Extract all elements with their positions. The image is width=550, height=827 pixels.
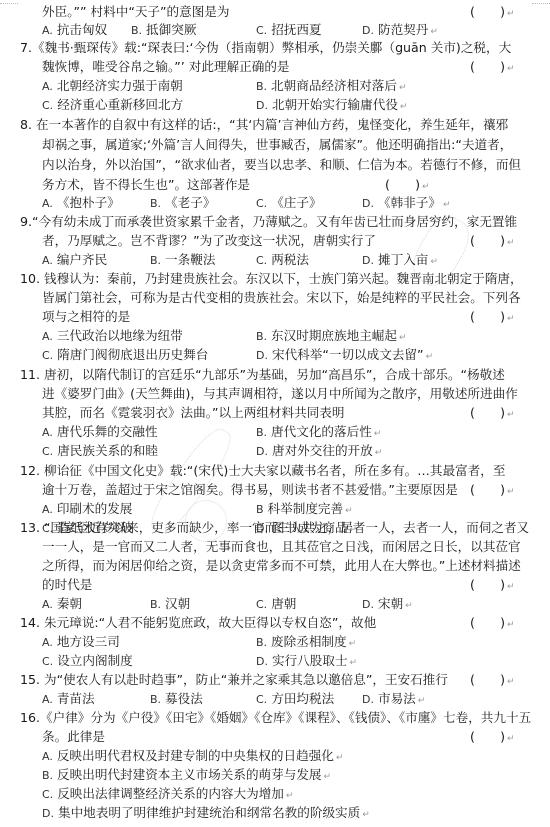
option-label: D. bbox=[362, 197, 374, 210]
option-label: D. bbox=[256, 99, 268, 112]
paragraph-mark-icon: ↵ bbox=[350, 525, 358, 535]
option-text: 市易法 bbox=[378, 691, 416, 706]
option-q14-c[interactable]: C.设立内阁制度 bbox=[42, 653, 133, 670]
option-label: B bbox=[256, 503, 264, 516]
paragraph-mark-icon: ↵ bbox=[507, 64, 515, 74]
option-text: 图书成为商品 bbox=[272, 520, 348, 535]
option-q15-d[interactable]: D.市易法↵ bbox=[362, 691, 425, 709]
question-line-q12-1: 12. 柳诒征《中国文化史》载:“(宋代)士大夫家以藏书名者，所在多有。…其最富… bbox=[20, 463, 505, 481]
question-line-q13-3: 之所得，而为闲居仰给之资，是以贪吏常多而不可禁，此用人在大弊也。”上述材料描述 bbox=[42, 558, 521, 576]
question-text: 其腔，而名《霓裳羽衣》法曲。”以上两组材料共同表明 bbox=[42, 405, 344, 420]
option-q6-d[interactable]: D.防范契丹↵ bbox=[362, 22, 438, 40]
option-q13-b[interactable]: B.汉朝 bbox=[150, 596, 190, 613]
option-text: 东汉时期庶族地主崛起 bbox=[271, 328, 397, 343]
option-label: C. bbox=[42, 349, 53, 362]
paragraph-mark-icon: ↵ bbox=[507, 487, 515, 497]
question-text: 一一人，是一官而又二人者，无事而食也，且其莅官之日浅，而闲居之日长，以其莅官 bbox=[42, 539, 521, 554]
option-text: 两税法 bbox=[271, 252, 309, 267]
option-label: C. bbox=[256, 598, 267, 611]
option-q9-d[interactable]: D.摊丁入亩↵ bbox=[362, 252, 438, 270]
option-q6-c[interactable]: C.招抚西夏 bbox=[256, 22, 322, 39]
option-q7-c[interactable]: C.经济重心重新移回北方 bbox=[42, 97, 183, 114]
option-q13-d[interactable]: D.宋朝↵ bbox=[362, 596, 413, 614]
question-text: 之所得，而为闲居仰给之资，是以贪吏常多而不可禁，此用人在大弊也。”上述材料描述 bbox=[42, 558, 521, 573]
option-text: 唐代乐舞的交融性 bbox=[57, 424, 158, 439]
option-label: A. bbox=[42, 197, 53, 210]
option-text: 方田均税法 bbox=[271, 691, 334, 706]
question-line-q11-1: 11. 唐初，以隋代制订的宫廷乐“九部乐”为基础，另加“高昌乐”，合成十部乐。“… bbox=[20, 367, 505, 385]
option-label: A. bbox=[42, 503, 53, 516]
question-text: 12. 柳诒征《中国文化史》载:“(宋代)士大夫家以藏书名者，所在多有。…其最富… bbox=[20, 463, 505, 478]
option-q11-a[interactable]: A.唐代乐舞的交融性 bbox=[42, 424, 158, 441]
option-text: 反映出明代封建资本主义市场关系的萌芽与发展 bbox=[57, 767, 321, 782]
question-text: 者，乃厚赋之。岂不背谬？”为了改变这一状况，唐朝实行了 bbox=[42, 233, 376, 248]
paragraph-mark-icon: ↵ bbox=[507, 734, 515, 744]
option-label: A. bbox=[42, 750, 53, 763]
option-q8-b[interactable]: B.《老子》 bbox=[150, 195, 215, 212]
option-q11-d[interactable]: D.唐对外交往的开放↵ bbox=[256, 443, 382, 461]
answer-blank[interactable]: ( )↵ bbox=[470, 615, 515, 633]
question-line-q11-3: 其腔，而名《霓裳羽衣》法曲。”以上两组材料共同表明 bbox=[42, 405, 344, 423]
option-q16-c[interactable]: C.反映出法律调整经济关系的内容大为增加↵ bbox=[42, 786, 293, 804]
answer-blank[interactable]: ( )↵ bbox=[470, 405, 515, 423]
paragraph-mark-icon: ↵ bbox=[400, 102, 408, 112]
paragraph-mark-icon: ↵ bbox=[286, 791, 294, 801]
option-q16-b[interactable]: B.反映出明代封建资本主义市场关系的萌芽与发展↵ bbox=[42, 767, 331, 785]
option-label: B. bbox=[150, 693, 161, 706]
option-text: 《庄子》 bbox=[271, 195, 321, 210]
option-text: 北朝商品经济相对落后 bbox=[271, 78, 397, 93]
page-corner-mark-right bbox=[532, 0, 550, 4]
option-text: 废除丞相制度 bbox=[271, 634, 347, 649]
option-label: D. bbox=[362, 24, 374, 37]
paragraph-mark-icon: ↵ bbox=[507, 410, 515, 420]
question-text: 7.《魏书·甄琛传》载:“琛表曰:‘今伪（指南朝）弊相承，仍崇关鄽（guān 关… bbox=[20, 40, 511, 55]
paragraph-mark-icon: ↵ bbox=[430, 257, 438, 267]
option-text: 募役法 bbox=[165, 691, 203, 706]
option-label: B. bbox=[150, 197, 161, 210]
option-text: 招抚西夏 bbox=[271, 22, 321, 37]
question-text: 进《婆罗门曲》(天竺舞曲)，与其声调相符，遂以月中所闻为之散序，用敬述所进曲作 bbox=[42, 386, 518, 401]
question-line-q16-2: 条。此律是 bbox=[42, 729, 105, 747]
option-q12-c[interactable]: C.造纸术有突破 bbox=[42, 520, 133, 537]
option-text: 摊丁入亩 bbox=[378, 252, 428, 267]
option-text: 唐朝 bbox=[271, 596, 296, 611]
option-text: 防范契丹 bbox=[378, 22, 428, 37]
option-label: C. bbox=[42, 99, 53, 112]
option-label: D. bbox=[256, 522, 268, 535]
option-label: C. bbox=[256, 197, 267, 210]
option-q6-b[interactable]: B.抵御突厥 bbox=[131, 22, 196, 39]
option-label: D. bbox=[362, 693, 374, 706]
option-label: A. bbox=[42, 636, 53, 649]
option-text: 地方设三司 bbox=[57, 634, 120, 649]
paragraph-mark-icon: ↵ bbox=[324, 772, 332, 782]
question-text: 项与之相符的是 bbox=[42, 309, 130, 324]
option-text: 经济重心重新移回北方 bbox=[57, 97, 183, 112]
option-q14-a[interactable]: A.地方设三司 bbox=[42, 634, 120, 651]
question-text: 的时代是 bbox=[42, 577, 92, 592]
option-label: A. bbox=[42, 24, 53, 37]
option-q7-d[interactable]: D.北朝开始实行输庸代役↵ bbox=[256, 97, 407, 115]
question-text: 逾十万卷，盖超过于宋之馆阁矣。得书易，则读书者不甚爱惜。”主要原因是 bbox=[42, 482, 458, 497]
question-line-q6-tail: 外臣。”” 村料中“天子”的意图是为 bbox=[42, 4, 230, 22]
option-text: 实行八股取士 bbox=[272, 653, 348, 668]
question-line-q9-1: 9.“今有幼未成丁而承袭世资家累千金者，乃薄赋之。又有年齿已壮而身居穷约，家无置… bbox=[20, 214, 517, 232]
question-text: 14. 朱元璋说:“人君不能躬览庶政，故大臣得以专权自恣”，故他 bbox=[20, 615, 376, 630]
question-line-q16-1: 16.《户律》分为《户役》《田宅》《婚姻》《仓库》《课程》、《钱债》、《市廛》七… bbox=[20, 710, 531, 728]
question-text: 内以治身，外以治国”，“欲求仙者，要当以忠孝、和顺、仁信为本。若德行不修，而但 bbox=[42, 157, 521, 172]
option-q16-d[interactable]: D.集中地表明了明律维护封建统治和纲常名教的阶级实质↵ bbox=[42, 805, 370, 823]
option-q6-a[interactable]: A.抗击匈奴 bbox=[42, 22, 107, 39]
option-text: 《老子》 bbox=[165, 195, 215, 210]
option-text: 造纸术有突破 bbox=[57, 520, 133, 535]
paragraph-mark-icon: ↵ bbox=[399, 83, 407, 93]
option-text: 抗击匈奴 bbox=[57, 22, 107, 37]
option-label: B. bbox=[150, 254, 161, 267]
option-text: 宋朝 bbox=[378, 596, 403, 611]
option-text: 抵御突厥 bbox=[146, 22, 196, 37]
option-q10-d[interactable]: D.宋代科举“一切以成文去留”↵ bbox=[256, 347, 433, 365]
question-line-q10-1: 10. 钱穆认为：秦前，乃封建贵族社会。东汉以下，士族门第兴起。魏晋南北朝定于隋… bbox=[20, 271, 523, 289]
question-line-q10-2: 皆属门第社会，可称为是古代变相的贵族社会。宋以下，始是纯粹的平民社会。下列各 bbox=[42, 290, 521, 308]
question-line-q11-2: 进《婆罗门曲》(天竺舞曲)，与其声调相符，遂以月中所闻为之散序，用敬述所进曲作 bbox=[42, 386, 518, 404]
option-q9-b[interactable]: B.一条鞭法 bbox=[150, 252, 215, 269]
paragraph-mark-icon: ↵ bbox=[507, 314, 515, 324]
option-label: C. bbox=[42, 788, 53, 801]
question-line-q9-2: 者，乃厚赋之。岂不背谬？”为了改变这一状况，唐朝实行了 bbox=[42, 233, 376, 251]
question-text: 魏恢博，唯受谷帛之输。”’ 对此理解正确的是 bbox=[42, 59, 290, 74]
question-text: 外臣。”” 村料中“天子”的意图是为 bbox=[42, 4, 230, 19]
paragraph-mark-icon: ↵ bbox=[430, 27, 438, 37]
paragraph-mark-icon: ↵ bbox=[422, 182, 430, 192]
paragraph-mark-icon: ↵ bbox=[399, 333, 407, 343]
answer-blank[interactable]: ( )↵ bbox=[470, 482, 515, 500]
paragraph-mark-icon: ↵ bbox=[507, 238, 515, 248]
paragraph-mark-icon: ↵ bbox=[350, 658, 358, 668]
option-q13-c[interactable]: C.唐朝 bbox=[256, 596, 296, 613]
paragraph-mark-icon: ↵ bbox=[349, 639, 357, 649]
option-label: A. bbox=[42, 598, 53, 611]
question-line-q15-1: 15. 为“使农人有以赴时趋事”，防止“兼并之家乘其急以邀倍息”，王安石推行 bbox=[20, 672, 448, 690]
paragraph-mark-icon: ↵ bbox=[345, 506, 353, 516]
option-q9-c[interactable]: C.两税法 bbox=[256, 252, 309, 269]
option-label: B. bbox=[256, 636, 267, 649]
paragraph-mark-icon: ↵ bbox=[362, 810, 370, 820]
option-q7-a[interactable]: A.北朝经济实力强于南朝 bbox=[42, 78, 183, 95]
paragraph-mark-icon: ↵ bbox=[418, 696, 426, 706]
question-line-q14-1: 14. 朱元璋说:“人君不能躬览庶政，故大臣得以专权自恣”，故他 bbox=[20, 615, 376, 633]
option-q15-b[interactable]: B.募役法 bbox=[150, 691, 203, 708]
option-text: 汉朝 bbox=[165, 596, 190, 611]
option-label: A. bbox=[42, 80, 53, 93]
option-q14-b[interactable]: B.废除丞相制度↵ bbox=[256, 634, 356, 652]
option-text: 《抱朴子》 bbox=[57, 195, 120, 210]
question-line-q10-3: 项与之相符的是 bbox=[42, 309, 130, 327]
option-text: 青苗法 bbox=[57, 691, 95, 706]
question-text: 8. 在一本著作的自叙中有这样的话:，“其‘内篇’言神仙方药，鬼怪变化，养生延年… bbox=[20, 117, 508, 132]
option-q16-a[interactable]: A.反映出明代君权及封建专制的中央集权的日趋强化↵ bbox=[42, 748, 343, 766]
option-text: 隋唐门阀彻底退出历史舞台 bbox=[57, 347, 208, 362]
option-q10-a[interactable]: A.三代政治以地缘为纽带 bbox=[42, 328, 183, 345]
option-text: 科举制度完善 bbox=[268, 501, 344, 516]
paragraph-mark-icon: ↵ bbox=[507, 9, 515, 19]
question-text: 10. 钱穆认为：秦前，乃封建贵族社会。东汉以下，士族门第兴起。魏晋南北朝定于隋… bbox=[20, 271, 523, 286]
option-q8-d[interactable]: D.《韩非子》↵ bbox=[362, 195, 450, 213]
answer-blank[interactable]: ( )↵ bbox=[470, 4, 515, 22]
question-text: 9.“今有幼未成丁而承袭世资家累千金者，乃薄赋之。又有年齿已壮而身居穷约，家无置… bbox=[20, 214, 517, 229]
option-text: 一条鞭法 bbox=[165, 252, 215, 267]
exam-page: 外臣。”” 村料中“天子”的意图是为( )↵7.《魏书·甄琛传》载:“琛表曰:‘… bbox=[0, 0, 550, 827]
option-q13-a[interactable]: A.秦朝 bbox=[42, 596, 82, 613]
option-q14-d[interactable]: D.实行八股取士↵ bbox=[256, 653, 357, 671]
option-label: C. bbox=[42, 445, 53, 458]
option-label: D. bbox=[362, 254, 374, 267]
answer-blank[interactable]: ( )↵ bbox=[470, 729, 515, 747]
option-q12-d[interactable]: D.图书成为商品↵ bbox=[256, 520, 357, 538]
option-text: 唐对外交往的开放 bbox=[272, 443, 373, 458]
option-text: 唐代文化的落后性 bbox=[271, 424, 372, 439]
option-label: C. bbox=[42, 522, 53, 535]
option-label: C. bbox=[256, 24, 267, 37]
option-q15-c[interactable]: C.方田均税法 bbox=[256, 691, 334, 708]
answer-blank[interactable]: ( )↵ bbox=[470, 577, 515, 595]
option-label: A. bbox=[42, 426, 53, 439]
option-label: C. bbox=[42, 655, 53, 668]
question-line-q13-2: 一一人，是一官而又二人者，无事而食也，且其莅官之日浅，而闲居之日长，以其莅官 bbox=[42, 539, 521, 557]
option-label: B. bbox=[150, 598, 161, 611]
option-q7-b[interactable]: B.北朝商品经济相对落后↵ bbox=[256, 78, 407, 96]
option-q10-c[interactable]: C.隋唐门阀彻底退出历史舞台 bbox=[42, 347, 208, 364]
question-text: 皆属门第社会，可称为是古代变相的贵族社会。宋以下，始是纯粹的平民社会。下列各 bbox=[42, 290, 521, 305]
paragraph-mark-icon: ↵ bbox=[405, 601, 413, 611]
option-text: 设立内阁制度 bbox=[57, 653, 133, 668]
question-text: 16.《户律》分为《户役》《田宅》《婚姻》《仓库》《课程》、《钱债》、《市廛》七… bbox=[20, 710, 531, 725]
option-label: A. bbox=[42, 693, 53, 706]
option-label: A. bbox=[42, 330, 53, 343]
option-text: 宋代科举“一切以成文去留” bbox=[272, 347, 424, 362]
question-text: 务方术，皆不得长生也”。这部著作是 bbox=[42, 177, 250, 192]
paragraph-mark-icon: ↵ bbox=[507, 582, 515, 592]
paragraph-mark-icon: ↵ bbox=[336, 753, 344, 763]
option-label: B. bbox=[256, 426, 267, 439]
option-label: D. bbox=[256, 349, 268, 362]
page-corner-mark-left bbox=[0, 0, 18, 4]
answer-blank[interactable]: ( )↵ bbox=[470, 309, 515, 327]
option-label: D. bbox=[362, 598, 374, 611]
question-line-q7-2: 魏恢博，唯受谷帛之输。”’ 对此理解正确的是 bbox=[42, 59, 290, 77]
option-label: D. bbox=[42, 807, 54, 820]
option-label: D. bbox=[256, 445, 268, 458]
option-text: 印刷术的发展 bbox=[57, 501, 133, 516]
option-q15-a[interactable]: A.青苗法 bbox=[42, 691, 95, 708]
question-text: 11. 唐初，以隋代制订的宫廷乐“九部乐”为基础，另加“高昌乐”，合成十部乐。“… bbox=[20, 367, 505, 382]
option-q12-a[interactable]: A.印刷术的发展 bbox=[42, 501, 132, 518]
option-text: 北朝开始实行输庸代役 bbox=[272, 97, 398, 112]
paragraph-mark-icon: ↵ bbox=[507, 677, 515, 687]
option-q12-b[interactable]: B科举制度完善↵ bbox=[256, 501, 353, 519]
option-text: 集中地表明了明律维护封建统治和纲常名教的阶级实质 bbox=[58, 805, 360, 820]
question-text: 条。此律是 bbox=[42, 729, 105, 744]
question-line-q7-1: 7.《魏书·甄琛传》载:“琛表曰:‘今伪（指南朝）弊相承，仍崇关鄽（guān 关… bbox=[20, 40, 511, 58]
option-label: D. bbox=[256, 655, 268, 668]
option-text: 唐民族关系的和睦 bbox=[57, 443, 158, 458]
paragraph-mark-icon: ↵ bbox=[507, 620, 515, 630]
question-text: 却祸之事，属道家;‘外篇’言人间得失，世事臧否，属儒家”。他还明确指出:“夫道者… bbox=[42, 137, 512, 152]
paragraph-mark-icon: ↵ bbox=[375, 448, 383, 458]
option-label: B. bbox=[256, 330, 267, 343]
option-label: B. bbox=[256, 80, 267, 93]
option-q9-a[interactable]: A.编户齐民 bbox=[42, 252, 107, 269]
answer-blank[interactable]: ( )↵ bbox=[470, 233, 515, 251]
question-text: 15. 为“使农人有以赴时趋事”，防止“兼并之家乘其急以邀倍息”，王安石推行 bbox=[20, 672, 448, 687]
option-q10-b[interactable]: B.东汉时期庶族地主崛起↵ bbox=[256, 328, 407, 346]
option-label: C. bbox=[256, 254, 267, 267]
paragraph-mark-icon: ↵ bbox=[374, 429, 382, 439]
question-line-q8-1: 8. 在一本著作的自叙中有这样的话:，“其‘内篇’言神仙方药，鬼怪变化，养生延年… bbox=[20, 117, 508, 135]
paragraph-mark-icon: ↵ bbox=[426, 352, 434, 362]
option-label: B. bbox=[131, 24, 142, 37]
question-line-q8-3: 内以治身，外以治国”，“欲求仙者，要当以忠孝、和顺、仁信为本。若德行不修，而但 bbox=[42, 157, 521, 175]
question-line-q8-2: 却祸之事，属道家;‘外篇’言人间得失，世事臧否，属儒家”。他还明确指出:“夫道者… bbox=[42, 137, 512, 155]
option-label: B. bbox=[42, 769, 53, 782]
option-q8-a[interactable]: A.《抱朴子》 bbox=[42, 195, 120, 212]
option-q8-c[interactable]: C.《庄子》 bbox=[256, 195, 322, 212]
option-text: 秦朝 bbox=[57, 596, 82, 611]
option-text: 北朝经济实力强于南朝 bbox=[57, 78, 183, 93]
question-line-q12-2: 逾十万卷，盖超过于宋之馆阁矣。得书易，则读书者不甚爱惜。”主要原因是 bbox=[42, 482, 458, 500]
answer-blank[interactable]: ( )↵ bbox=[470, 59, 515, 77]
option-text: 反映出法律调整经济关系的内容大为增加 bbox=[57, 786, 284, 801]
option-text: 编户齐民 bbox=[57, 252, 107, 267]
option-q11-b[interactable]: B.唐代文化的落后性↵ bbox=[256, 424, 381, 442]
option-q11-c[interactable]: C.唐民族关系的和睦 bbox=[42, 443, 158, 460]
question-line-q13-4: 的时代是 bbox=[42, 577, 92, 595]
option-text: 反映出明代君权及封建专制的中央集权的日趋强化 bbox=[57, 748, 334, 763]
answer-blank-q8[interactable]: ( )↵ bbox=[385, 177, 430, 195]
question-line-q8-4: 务方术，皆不得长生也”。这部著作是 bbox=[42, 177, 250, 195]
paragraph-mark-icon: ↵ bbox=[443, 200, 451, 210]
option-text: 三代政治以地缘为纽带 bbox=[57, 328, 183, 343]
option-text: 《韩非子》 bbox=[378, 195, 441, 210]
answer-blank[interactable]: ( )↵ bbox=[470, 672, 515, 690]
option-label: A. bbox=[42, 254, 53, 267]
option-label: C. bbox=[256, 693, 267, 706]
